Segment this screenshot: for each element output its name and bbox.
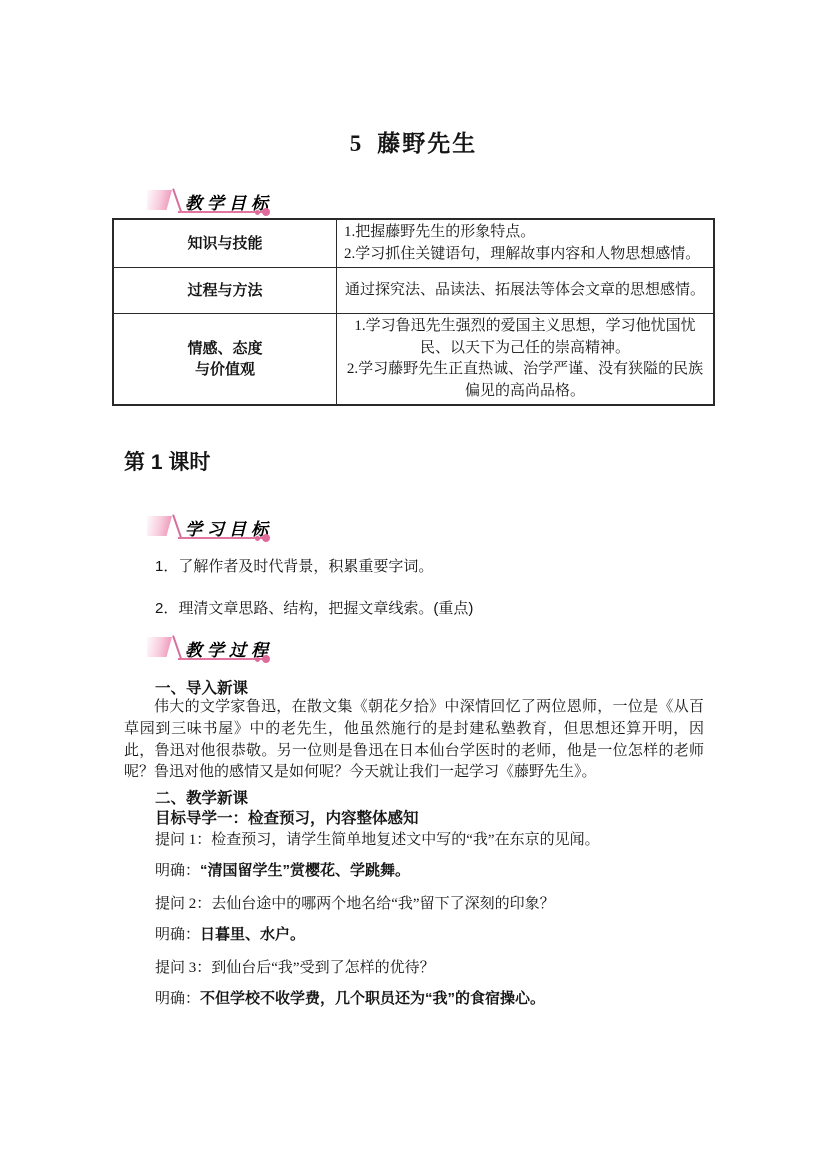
- objective-line: 2.学习抓住关键语句，理解故事内容和人物思想感情。: [344, 244, 706, 266]
- ribbon-gradient-block: [147, 190, 172, 210]
- lesson-number: 5: [350, 131, 362, 156]
- answer-text: 日暮里、水户。: [200, 926, 305, 943]
- ribbon-gradient-block: [147, 516, 172, 536]
- ribbon-diagonal-line: [172, 188, 182, 211]
- content-cell: 1.学习鲁迅先生强烈的爱国主义思想，学习他忧国忧民、以天下为己任的崇高精神。 2…: [337, 314, 715, 406]
- answer-line: 明确：“清国留学生”赏樱花、学跳舞。: [155, 859, 410, 880]
- ribbon-gradient-block: [147, 637, 172, 657]
- small-dot-icon: [255, 210, 260, 215]
- content-cell: 1.把握藤野先生的形象特点。 2.学习抓住关键语句，理解故事内容和人物思想感情。: [337, 219, 715, 268]
- small-dot-icon: [255, 536, 260, 541]
- answer-label: 明确：: [155, 927, 200, 943]
- big-dot-icon: [262, 208, 270, 216]
- category-cell: 过程与方法: [113, 268, 337, 314]
- learning-goal-item: 1．了解作者及时代背景，积累重要字词。: [155, 555, 433, 576]
- category-label: 过程与方法: [121, 280, 329, 301]
- answer-text: “清国留学生”赏樱花、学跳舞。: [200, 862, 410, 879]
- page-title: 5藤野先生: [0, 125, 827, 158]
- big-dot-icon: [262, 534, 270, 542]
- part1-heading: 一、导入新课: [155, 676, 248, 698]
- objective-line: 2.学习藤野先生正直热诚、治学严谨、没有狭隘的民族偏见的高尚品格。: [344, 359, 706, 402]
- category-label: 与价值观: [121, 359, 329, 380]
- objective-line: 通过探究法、品读法、拓展法等体会文章的思想感情。: [344, 280, 706, 302]
- table-row-emotion-values: 情感、态度 与价值观 1.学习鲁迅先生强烈的爱国主义思想，学习他忧国忧民、以天下…: [113, 314, 714, 406]
- document-page: 5藤野先生 教学目标 知识与技能 1.把握藤野先生的形象特点。 2.学习抓住关键…: [0, 0, 827, 1169]
- small-dot-icon: [255, 657, 260, 662]
- category-cell: 知识与技能: [113, 219, 337, 268]
- ribbon-diagonal-line: [172, 514, 182, 537]
- content-cell: 通过探究法、品读法、拓展法等体会文章的思想感情。: [337, 268, 715, 314]
- table-row-knowledge-skills: 知识与技能 1.把握藤野先生的形象特点。 2.学习抓住关键语句，理解故事内容和人…: [113, 219, 714, 268]
- category-cell: 情感、态度 与价值观: [113, 314, 337, 406]
- objective-line: 1.把握藤野先生的形象特点。: [344, 222, 706, 244]
- answer-line: 明确：不但学校不收学费，几个职员还为“我”的食宿操心。: [155, 987, 545, 1008]
- question-line: 提问 2：去仙台途中的哪两个地名给“我”留下了深刻的印象？: [155, 892, 555, 913]
- section-header-teaching-process: 教学过程: [147, 635, 297, 669]
- question-line: 提问 1：检查预习，请学生简单地复述文中写的“我”在东京的见闻。: [155, 828, 600, 849]
- question-line: 提问 3：到仙台后“我”受到了怎样的优待？: [155, 956, 435, 977]
- section-header-learning-objectives: 学习目标: [147, 514, 297, 548]
- lesson-title: 藤野先生: [377, 130, 477, 156]
- answer-text: 不但学校不收学费，几个职员还为“我”的食宿操心。: [200, 990, 545, 1007]
- category-label: 情感、态度: [121, 338, 329, 359]
- guide-heading: 目标导学一：检查预习，内容整体感知: [155, 806, 419, 828]
- answer-label: 明确：: [155, 991, 200, 1007]
- part2-heading: 二、教学新课: [155, 786, 248, 808]
- table-row-process-methods: 过程与方法 通过探究法、品读法、拓展法等体会文章的思想感情。: [113, 268, 714, 314]
- category-label: 知识与技能: [121, 233, 329, 254]
- section-header-teaching-objectives: 教学目标: [147, 188, 297, 222]
- objectives-table: 知识与技能 1.把握藤野先生的形象特点。 2.学习抓住关键语句，理解故事内容和人…: [112, 218, 715, 406]
- answer-line: 明确：日暮里、水户。: [155, 923, 305, 944]
- answer-label: 明确：: [155, 863, 200, 879]
- intro-paragraph: 伟大的文学家鲁迅，在散文集《朝花夕拾》中深情回忆了两位恩师，一位是《从百草园到三…: [124, 697, 704, 784]
- ribbon-diagonal-line: [172, 635, 182, 658]
- lesson-session-heading: 第 1 课时: [124, 446, 210, 476]
- learning-goal-item: 2．理清文章思路、结构，把握文章线索。(重点): [155, 597, 473, 618]
- objective-line: 1.学习鲁迅先生强烈的爱国主义思想，学习他忧国忧民、以天下为己任的崇高精神。: [344, 316, 706, 359]
- big-dot-icon: [262, 655, 270, 663]
